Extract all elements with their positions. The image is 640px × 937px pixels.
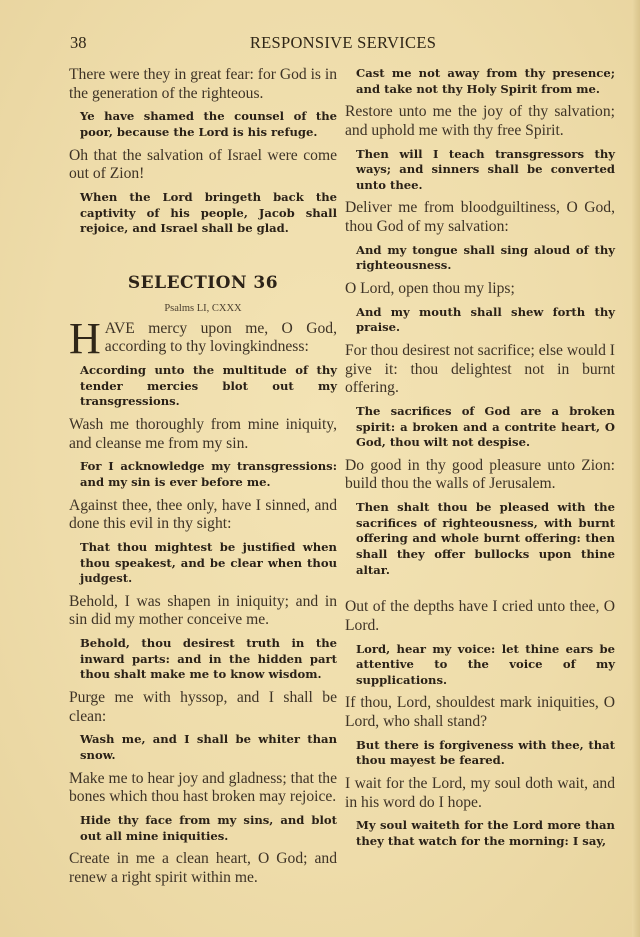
scripture-reference: Psalms LI, CXXX xyxy=(69,303,337,314)
verse-response: Behold, thou desirest truth in the inwar… xyxy=(80,636,337,683)
verse-minister: Deliver me from bloodguiltiness, O God, … xyxy=(345,199,615,236)
verse-response: Wash me, and I shall be whiter than snow… xyxy=(80,732,337,763)
verse-minister: Oh that the salvation of Israel were com… xyxy=(69,147,337,184)
verse-response: That thou mightest be justified when tho… xyxy=(80,540,337,587)
drop-cap: H xyxy=(69,321,101,357)
verse-response: But there is forgiveness with thee, that… xyxy=(356,738,615,769)
selection-title: SELECTION 36 xyxy=(69,273,337,293)
verse-minister: There were they in great fear: for God i… xyxy=(69,66,337,103)
right-column: Cast me not away from thy presence; and … xyxy=(345,66,615,856)
verse-minister: Against thee, thee only, have I sinned, … xyxy=(69,497,337,534)
verse-response: Lord, hear my voice: let thine ears be a… xyxy=(356,642,615,689)
verse-minister: Create in me a clean heart, O God; and r… xyxy=(69,850,337,887)
verse-minister: Restore unto me the joy of thy salvation… xyxy=(345,103,615,140)
opening-verse: HAVE mercy upon me, O God, according to … xyxy=(69,320,337,357)
verse-response: Then will I teach transgressors thy ways… xyxy=(356,147,615,194)
verse-minister: If thou, Lord, shouldest mark iniquities… xyxy=(345,694,615,731)
verse-minister: Do good in thy good pleasure unto Zion: … xyxy=(345,457,615,494)
page-header: 38 RESPONSIVE SERVICES xyxy=(70,33,616,53)
verse-response: The sacrifices of God are a broken spiri… xyxy=(356,404,615,451)
page-edge xyxy=(632,0,640,937)
running-title: RESPONSIVE SERVICES xyxy=(70,33,616,53)
verse-response: And my tongue shall sing aloud of thy ri… xyxy=(356,243,615,274)
verse-response: For I acknowledge my transgressions: and… xyxy=(80,459,337,490)
section-gap xyxy=(345,584,615,598)
verse-response: According unto the multitude of thy tend… xyxy=(80,363,337,410)
verse-response: Ye have shamed the counsel of the poor, … xyxy=(80,109,337,140)
left-column: There were they in great fear: for God i… xyxy=(69,66,337,894)
verse-minister: O Lord, open thou my lips; xyxy=(345,280,615,299)
verse-minister: Purge me with hyssop, and I shall be cle… xyxy=(69,689,337,726)
verse-response: Hide thy face from my sins, and blot out… xyxy=(80,813,337,844)
verse-minister: Make me to hear joy and gladness; that t… xyxy=(69,770,337,807)
verse-response: Then shalt thou be pleased with the sacr… xyxy=(356,500,615,578)
verse-minister: I wait for the Lord, my soul doth wait, … xyxy=(345,775,615,812)
verse-response: And my mouth shall shew forth thy praise… xyxy=(356,305,615,336)
verse-minister: Out of the depths have I cried unto thee… xyxy=(345,598,615,635)
verse-minister: Wash me thoroughly from mine iniquity, a… xyxy=(69,416,337,453)
verse-minister: For thou desirest not sacrifice; else wo… xyxy=(345,342,615,398)
verse-response: My soul waiteth for the Lord more than t… xyxy=(356,818,615,849)
verse-response: Cast me not away from thy presence; and … xyxy=(356,66,615,97)
verse-response: When the Lord bringeth back the captivit… xyxy=(80,190,337,237)
verse-minister: Behold, I was shapen in iniquity; and in… xyxy=(69,593,337,630)
opening-verse-text: AVE mercy upon me, O God, according to t… xyxy=(105,320,337,356)
